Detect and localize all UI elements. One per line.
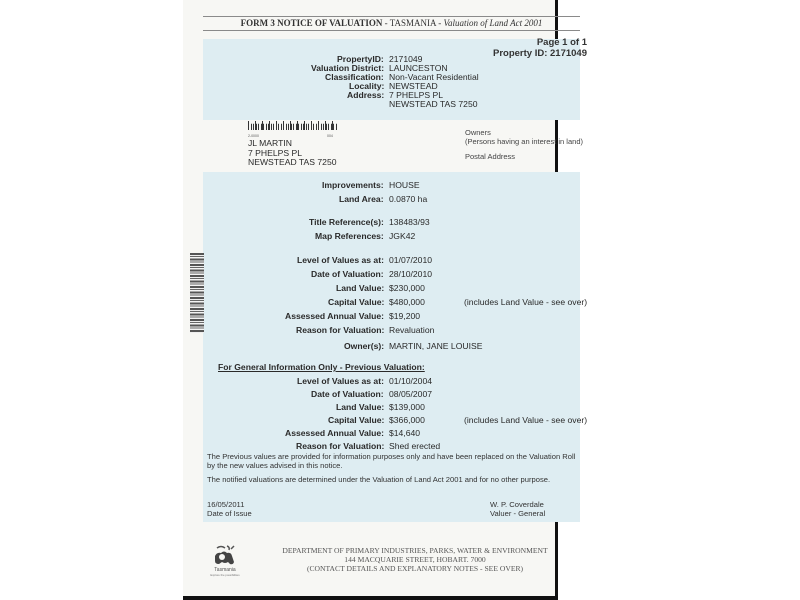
tasmania-logo-tagline: Explore the possibilities	[203, 573, 247, 577]
prev-date-of-valuation-label: Date of Valuation:	[311, 389, 384, 400]
previous-valuation-heading: For General Information Only - Previous …	[218, 362, 425, 372]
valuer-block: W. P. Coverdale Valuer - General	[490, 500, 580, 518]
address-line-2: NEWSTEAD TAS 7250	[389, 99, 478, 110]
prev-capital-value-value: $366,000	[389, 415, 425, 426]
property-id-header: Property ID: 2171049	[493, 48, 587, 59]
prev-assessed-annual-value-value: $14,640	[389, 428, 420, 439]
reason-label: Reason for Valuation:	[296, 325, 384, 336]
prev-reason-value: Shed erected	[389, 441, 440, 452]
prev-capital-value-label: Capital Value:	[328, 415, 384, 426]
land-value-label: Land Value:	[336, 283, 384, 294]
valuer-name: W. P. Coverdale	[490, 500, 580, 509]
prev-reason-label: Reason for Valuation:	[296, 441, 384, 452]
land-area-label: Land Area:	[339, 194, 384, 205]
level-of-values-value: 01/07/2010	[389, 255, 432, 266]
level-of-values-label: Level of Values as at:	[297, 255, 384, 266]
determined-under-act-note: The notified valuations are determined u…	[207, 475, 577, 484]
footer-contact-note: (CONTACT DETAILS AND EXPLANATORY NOTES -…	[270, 564, 560, 573]
form-title-main: FORM 3 NOTICE OF VALUATION	[241, 18, 383, 28]
issue-date-label: Date of Issue	[207, 509, 307, 518]
mailing-locality: NEWSTEAD TAS 7250	[248, 158, 337, 168]
footer-department: DEPARTMENT OF PRIMARY INDUSTRIES, PARKS,…	[270, 546, 560, 555]
barcode-right-code: 004	[327, 134, 333, 138]
issue-date: 16/05/2011	[207, 500, 307, 509]
capital-value-label: Capital Value:	[328, 297, 384, 308]
map-references-value: JGK42	[389, 231, 415, 242]
owners-sub-label: (Persons having an interest in land)	[465, 137, 583, 146]
date-of-valuation-label: Date of Valuation:	[311, 269, 384, 280]
previous-values-note: The Previous values are provided for inf…	[207, 452, 577, 470]
postal-address-label: Postal Address	[465, 152, 583, 161]
assessed-annual-value-value: $19,200	[389, 311, 420, 322]
owners-label-field: Owner(s):	[344, 341, 384, 352]
owners-label: Owners	[465, 128, 583, 137]
land-value-value: $230,000	[389, 283, 425, 294]
header-rule-top	[203, 16, 580, 17]
postal-barcode-ascenders	[248, 121, 338, 130]
capital-value-value: $480,000	[389, 297, 425, 308]
form-title-jurisdiction: - TASMANIA -	[382, 18, 443, 28]
scan-edge-bottom	[183, 596, 558, 600]
form-title-act: Valuation of Land Act 2001	[443, 18, 542, 28]
land-area-value: 0.0870 ha	[389, 194, 427, 205]
page-number: Page 1 of 1	[537, 37, 587, 48]
title-reference-label: Title Reference(s):	[309, 217, 384, 228]
header-rule-bottom	[203, 30, 580, 31]
assessed-annual-value-label: Assessed Annual Value:	[285, 311, 384, 322]
owners-note: Owners (Persons having an interest in la…	[465, 128, 583, 161]
prev-land-value-label: Land Value:	[336, 402, 384, 413]
date-of-valuation-value: 28/10/2010	[389, 269, 432, 280]
prev-land-value-value: $139,000	[389, 402, 425, 413]
form-title: FORM 3 NOTICE OF VALUATION - TASMANIA - …	[203, 18, 580, 28]
map-references-label: Map References:	[315, 231, 384, 242]
address-label: Address:	[347, 90, 384, 101]
reason-value: Revaluation	[389, 325, 434, 336]
improvements-label: Improvements:	[322, 180, 384, 191]
prev-capital-value-note: (includes Land Value - see over)	[464, 415, 587, 426]
prev-level-of-values-value: 01/10/2004	[389, 376, 432, 387]
title-reference-value: 138483/93	[389, 217, 430, 228]
owners-value: MARTIN, JANE LOUISE	[389, 341, 482, 352]
prev-date-of-valuation-value: 08/05/2007	[389, 389, 432, 400]
improvements-value: HOUSE	[389, 180, 420, 191]
mailing-address: JL MARTIN 7 PHELPS PL NEWSTEAD TAS 7250	[248, 139, 337, 168]
valuer-title: Valuer - General	[490, 509, 580, 518]
issue-date-block: 16/05/2011 Date of Issue	[207, 500, 307, 518]
prev-assessed-annual-value-label: Assessed Annual Value:	[285, 428, 384, 439]
capital-value-note: (includes Land Value - see over)	[464, 297, 587, 308]
footer-address: 144 MACQUARIE STREET, HOBART. 7000	[270, 555, 560, 564]
side-barcode	[190, 253, 204, 333]
prev-level-of-values-label: Level of Values as at:	[297, 376, 384, 387]
